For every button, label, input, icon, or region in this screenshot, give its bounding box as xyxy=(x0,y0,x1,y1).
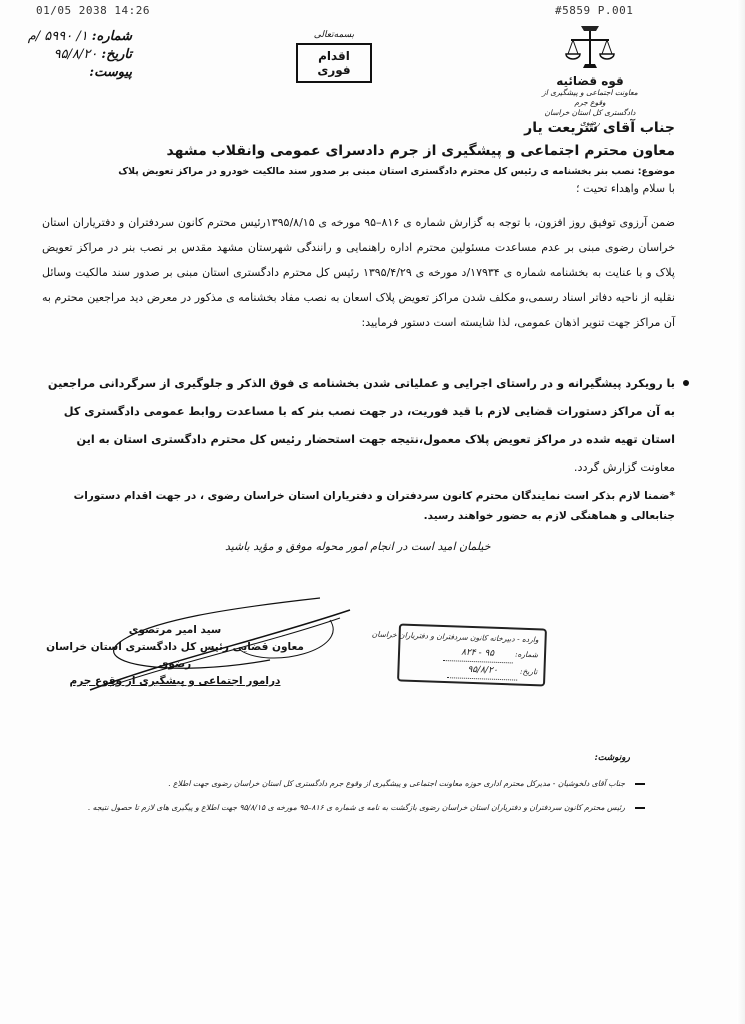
cc-item-text: رئیس محترم کانون سردفتران و دفترياران اس… xyxy=(88,796,625,820)
stamp-date-row: تاریخ: ۹۵/۸/۲۰ xyxy=(405,660,538,682)
organization-subtitle-1: معاونت اجتماعی و پیشگیری از وقوع جرم xyxy=(540,88,640,108)
greeting: با سلام واهداء تحیت ؛ xyxy=(576,182,675,195)
addressee-title: معاون محترم اجتماعی و پیشگیری از جرم داد… xyxy=(167,143,675,159)
signatory-department: درامور اجتماعی و پیشگیری از وقوع جرم xyxy=(40,673,310,690)
addressee-name: جناب آقای شریعت یار xyxy=(167,120,675,136)
fax-document-page: 01/05 2038 14:26 #5859 P.001 شماره: ۱/ ۵… xyxy=(0,0,745,1024)
received-stamp: وارده - دبیرخانه کانون سردفتران و دفتريا… xyxy=(397,623,547,686)
fax-timestamp: 01/05 2038 14:26 xyxy=(36,4,150,17)
directive-text-end: معاونت گزارش گردد. xyxy=(42,454,675,482)
letter-subject: موضوع: نصب بنر بخشنامه ی رئیس کل محترم د… xyxy=(115,166,675,177)
stamp-date-label: تاریخ: xyxy=(520,667,538,677)
letter-meta: شماره: ۱/ ۵۹۹۰ /م تاریخ: ۹۵/۸/۲۰ پیوست: xyxy=(22,28,132,82)
dash-icon xyxy=(635,783,645,785)
fax-page-id: #5859 P.001 xyxy=(555,4,633,17)
cc-item: رئیس محترم کانون سردفتران و دفترياران اس… xyxy=(85,796,645,820)
urgency-box: اقدام فوری xyxy=(296,43,372,83)
closing-line: خیلمان امید است در انجام امور محوله موفق… xyxy=(225,540,491,553)
organization-name: قوه قضائیه xyxy=(540,74,640,88)
signatory-name: سید امیر مرتضوی xyxy=(40,622,310,639)
footnote-paragraph: *ضمنا لازم بذکر است نمایندگان محترم کانو… xyxy=(42,486,675,526)
letter-date-row: تاریخ: ۹۵/۸/۲۰ xyxy=(22,46,132,64)
dash-icon xyxy=(635,807,645,809)
bullet-icon xyxy=(683,380,689,386)
classification: بسمه‌تعالی اقدام فوری xyxy=(296,30,372,83)
cc-list: جناب آقای دلخوشیان - مدیرکل محترم اداری … xyxy=(85,772,645,820)
body-paragraph: ضمن آرزوی توفیق روز افزون، با توجه به گز… xyxy=(42,210,675,335)
cc-title: رونوشت: xyxy=(594,753,630,763)
judiciary-emblem: قوه قضائیه معاونت اجتماعی و پیشگیری از و… xyxy=(540,24,640,128)
scan-edge xyxy=(737,0,745,1024)
letter-attachment-row: پیوست: xyxy=(22,64,132,82)
letter-date-value: ۹۵/۸/۲۰ xyxy=(54,46,98,64)
addressee: جناب آقای شریعت یار معاون محترم اجتماعی … xyxy=(167,120,675,159)
cc-item: جناب آقای دلخوشیان - مدیرکل محترم اداری … xyxy=(85,772,645,796)
directive-text: با رویکرد پیشگیرانه و در راستای اجرایی و… xyxy=(48,377,675,446)
stamp-number-label: شماره: xyxy=(515,650,538,660)
cc-item-text: جناب آقای دلخوشیان - مدیرکل محترم اداری … xyxy=(168,772,625,796)
signatory-title: معاون قضایی رئیس کل دادگستری استان خراسا… xyxy=(40,639,310,673)
letter-attachment-label: پیوست: xyxy=(89,64,132,82)
signature-block: سید امیر مرتضوی معاون قضایی رئیس کل دادگ… xyxy=(40,622,310,690)
letter-date-label: تاریخ: xyxy=(101,46,132,64)
invocation-label: بسمه‌تعالی xyxy=(296,30,372,40)
letter-number-value: ۱/ ۵۹۹۰ /م xyxy=(28,28,88,46)
directive-bullet: با رویکرد پیشگیرانه و در راستای اجرایی و… xyxy=(42,370,675,482)
letter-number-label: شماره: xyxy=(92,28,132,46)
scales-of-justice-icon xyxy=(540,24,640,72)
stamp-date-value: ۹۵/۸/۲۰ xyxy=(447,662,518,680)
letter-number-row: شماره: ۱/ ۵۹۹۰ /م xyxy=(22,28,132,46)
